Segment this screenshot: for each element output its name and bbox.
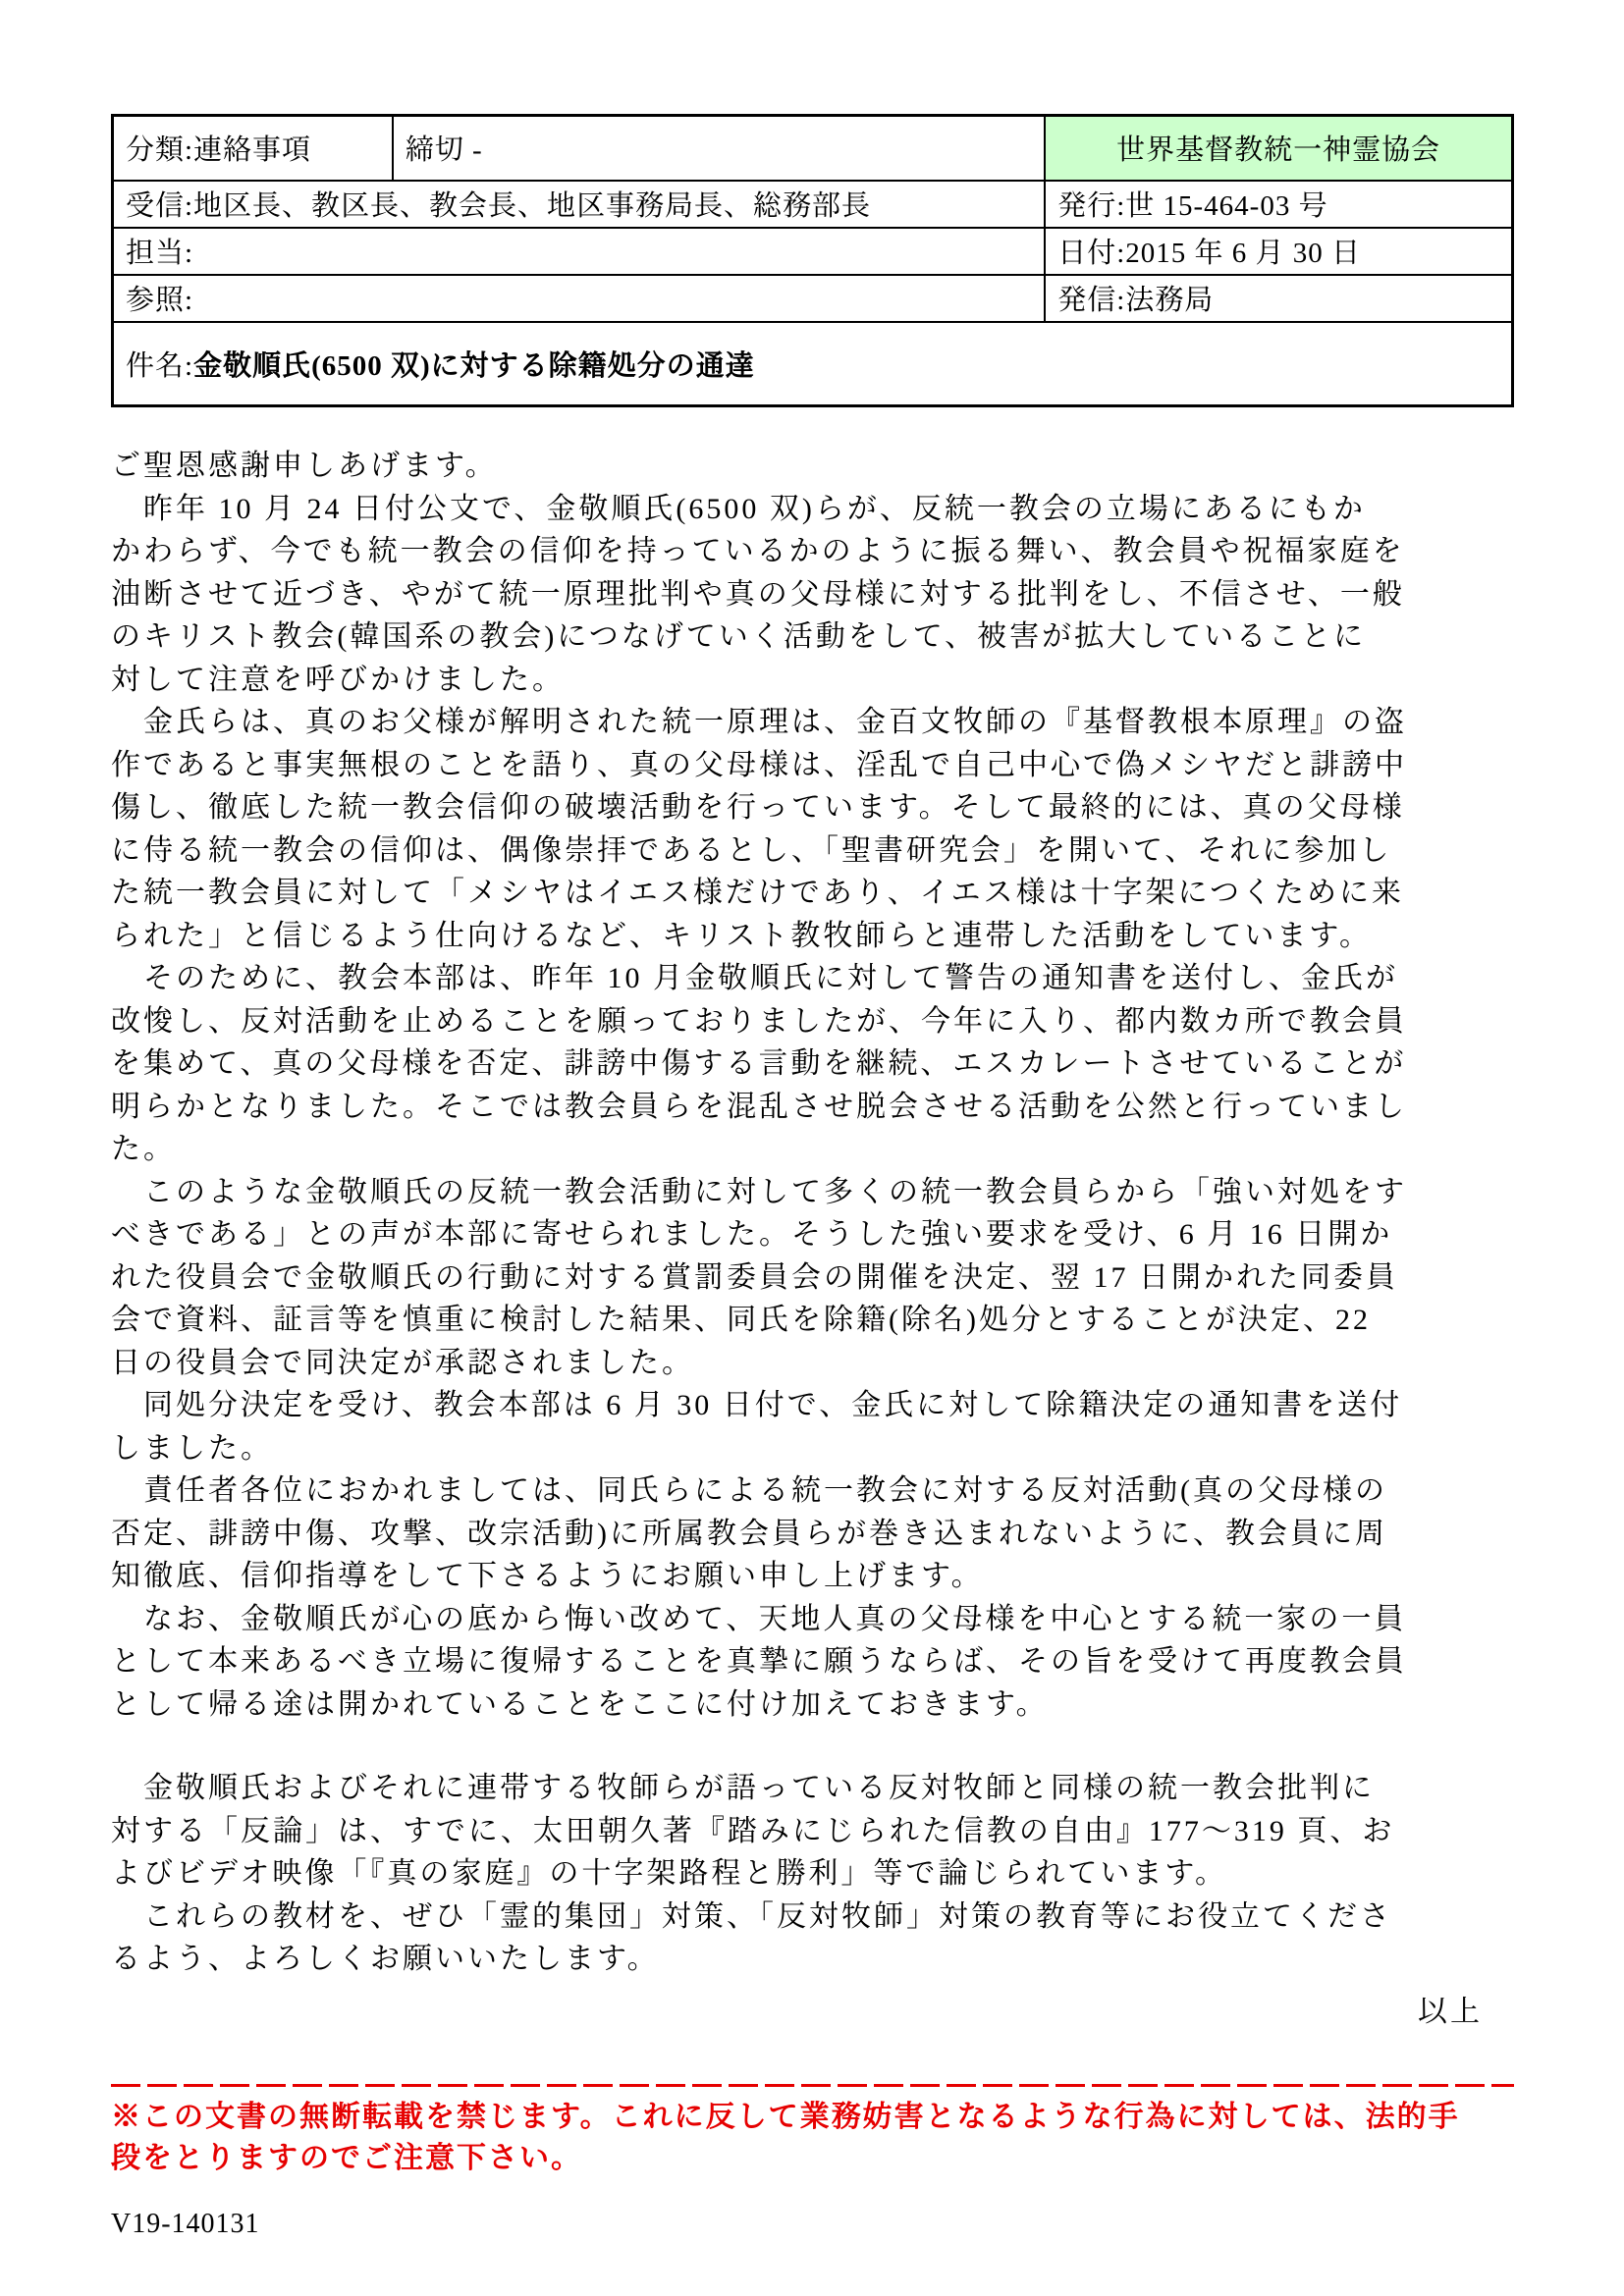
subject-row: 件名:金敬順氏(6500 双)に対する除籍処分の通達 <box>113 322 1513 406</box>
greeting-line: ご聖恩感謝申しあげます。 <box>111 445 1514 488</box>
body-paragraph-8: 金敬順氏およびそれに連帯する牧師らが語っている反対牧師と同様の統一教会批判に 対… <box>111 1767 1514 1896</box>
document-body: ご聖恩感謝申しあげます。 昨年 10 月 24 日付公文で、金敬順氏(6500 … <box>111 445 1514 2033</box>
header-table: 分類:連絡事項 締切 - 世界基督教統一神霊協会 受信:地区長、教区長、教会長、… <box>111 114 1514 407</box>
dashed-separator-line <box>111 2084 1514 2087</box>
org-name-cell: 世界基督教統一神霊協会 <box>1045 116 1512 181</box>
body-paragraph-6: 責任者各位におかれましては、同氏らによる統一教会に対する反対活動(真の父母様の … <box>111 1469 1514 1598</box>
subject-label: 件名: <box>126 350 193 382</box>
body-paragraph-9: これらの教材を、ぜひ「霊的集団」対策、「反対牧師」対策の教育等にお役立てくださ … <box>111 1896 1514 1981</box>
body-paragraph-2: 金氏らは、真のお父様が解明された統一原理は、金百文牧師の『基督教根本原理』の盗 … <box>111 701 1514 957</box>
body-paragraph-5: 同処分決定を受け、教会本部は 6 月 30 日付で、金氏に対して除籍決定の通知書… <box>111 1384 1514 1469</box>
cell-date: 日付:2015 年 6 月 30 日 <box>1045 228 1512 275</box>
closing-ijou: 以上 <box>111 1991 1514 2034</box>
cell-recipients: 受信:地区長、教区長、教会長、地区事務局長、総務部長 <box>113 181 1046 228</box>
cell-reference: 参照: <box>113 275 1046 322</box>
body-paragraph-1: 昨年 10 月 24 日付公文で、金敬順氏(6500 双)らが、反統一教会の立場… <box>111 488 1514 702</box>
cell-category: 分類:連絡事項 <box>113 116 393 181</box>
copyright-warning: ※この文書の無断転載を禁じます。これに反して業務妨害となるような行為に対しては、… <box>111 2097 1514 2179</box>
cell-issue-number: 発行:世 15-464-03 号 <box>1045 181 1512 228</box>
body-paragraph-3: そのために、教会本部は、昨年 10 月金敬順氏に対して警告の通知書を送付し、金氏… <box>111 957 1514 1171</box>
cell-sender: 発信:法務局 <box>1045 275 1512 322</box>
cell-deadline: 締切 - <box>393 116 1046 181</box>
body-paragraph-7: なお、金敬順氏が心の底から悔い改めて、天地人真の父母様を中心とする統一家の一員 … <box>111 1598 1514 1727</box>
body-paragraph-4: このような金敬順氏の反統一教会活動に対して多くの統一教会員らから「強い対処をす … <box>111 1171 1514 1385</box>
document-code: V19-140131 <box>111 2209 1514 2240</box>
subject-text: 金敬順氏(6500 双)に対する除籍処分の通達 <box>193 350 755 382</box>
cell-staff: 担当: <box>113 228 1046 275</box>
document-page: 分類:連絡事項 締切 - 世界基督教統一神霊協会 受信:地区長、教区長、教会長、… <box>0 0 1624 2296</box>
